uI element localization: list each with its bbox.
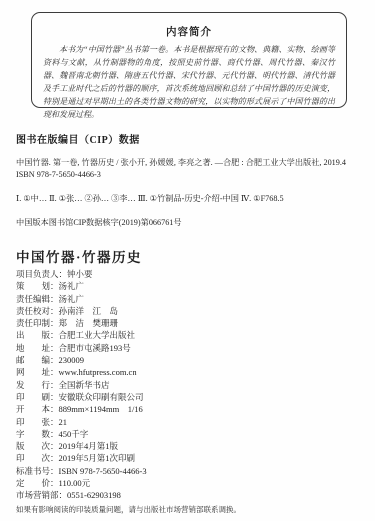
cip-record-line: 中国竹器. 第一卷, 竹器历史 / 张小开, 孙媛媛, 李亮之著. —合肥 : …: [16, 157, 346, 168]
colophon-row: 邮 编：230009: [16, 354, 147, 366]
colophon-label: 邮 编：: [16, 355, 59, 365]
colophon-row: 字 数：450千字: [16, 428, 147, 440]
colophon-row: 责任编辑：汤礼广: [16, 293, 147, 305]
colophon-label: 开 本：: [16, 404, 59, 414]
colophon-row: 发 行：全国新华书店: [16, 379, 147, 391]
colophon-label: 印 刷：: [16, 392, 59, 402]
colophon-value: 郑 洁 樊珊珊: [59, 318, 119, 328]
colophon-row: 项目负责人：钟小要: [16, 268, 147, 280]
colophon-row: 版 次：2019年4月第1版: [16, 440, 147, 452]
colophon-value: 2019年5月第1次印刷: [59, 453, 136, 463]
colophon-value: www.hfutpress.com.cn: [59, 367, 137, 377]
colophon-label: 字 数：: [16, 429, 59, 439]
colophon-value: 汤礼广: [59, 281, 85, 291]
footer-quality-note: 如果有影响阅读的印装质量问题，请与出版社市场营销部联系调换。: [16, 504, 241, 515]
colophon-label: 版 次：: [16, 441, 59, 451]
colophon-value: 汤礼广: [59, 294, 85, 304]
colophon-label: 责任印制：: [16, 318, 59, 328]
colophon-value: 安徽联众印刷有限公司: [59, 392, 144, 402]
colophon-value: 0551-62903198: [67, 490, 121, 500]
content-summary-box: 内容简介 本书为“中国竹器”丛书第一卷。本书是根据现有的文物、典籍、实物、绘画等…: [31, 12, 347, 108]
colophon-row: 责任印制：郑 洁 樊珊珊: [16, 317, 147, 329]
colophon-label: 市场营销部：: [16, 490, 67, 500]
colophon-value: 889mm×1194mm 1/16: [59, 404, 143, 414]
cip-heading: 图书在版编目（CIP）数据: [16, 131, 140, 146]
content-summary-text: 本书为“中国竹器”丛书第一卷。本书是根据现有的文物、典籍、实物、绘画等资料与文献…: [43, 43, 335, 121]
colophon-value: 2019年4月第1版: [59, 441, 119, 451]
cip-classification-line: Ⅰ. ①中… Ⅱ. ①张… ②孙… ③李… Ⅲ. ①竹制品-历史-介绍-中国 Ⅳ…: [16, 193, 284, 204]
colophon-label: 责任校对：: [16, 306, 59, 316]
copyright-page: 内容简介 本书为“中国竹器”丛书第一卷。本书是根据现有的文物、典籍、实物、绘画等…: [0, 0, 375, 521]
colophon-row: 出 版：合肥工业大学出版社: [16, 329, 147, 341]
colophon-value: 孙南洋 江 岛: [59, 306, 119, 316]
colophon-row: 开 本：889mm×1194mm 1/16: [16, 403, 147, 415]
colophon-row: 市场营销部：0551-62903198: [16, 489, 147, 501]
content-summary-title: 内容简介: [43, 24, 335, 39]
colophon-label: 责任编辑：: [16, 294, 59, 304]
colophon-row: 网 址：www.hfutpress.com.cn: [16, 366, 147, 378]
colophon-value: 450千字: [59, 429, 89, 439]
colophon-value: 合肥市屯溪路193号: [59, 343, 131, 353]
colophon-value: ISBN 978-7-5650-4466-3: [59, 466, 147, 476]
colophon-label: 发 行：: [16, 380, 59, 390]
colophon-value: 110.00元: [59, 478, 91, 488]
colophon-value: 合肥工业大学出版社: [59, 330, 136, 340]
colophon-row: 印 张：21: [16, 416, 147, 428]
colophon-value: 全国新华书店: [59, 380, 110, 390]
cip-registration-line: 中国版本图书馆CIP数据核字(2019)第066761号: [16, 217, 182, 228]
colophon-row: 责任校对：孙南洋 江 岛: [16, 305, 147, 317]
cip-isbn-line: ISBN 978-7-5650-4466-3: [16, 170, 101, 179]
colophon-row: 定 价：110.00元: [16, 477, 147, 489]
book-title: 中国竹器·竹器历史: [16, 246, 142, 266]
colophon-row: 印 刷：安徽联众印刷有限公司: [16, 391, 147, 403]
colophon-value: 230009: [59, 355, 85, 365]
colophon-row: 策 划：汤礼广: [16, 280, 147, 292]
colophon-row: 印 次：2019年5月第1次印刷: [16, 452, 147, 464]
colophon-label: 地 址：: [16, 343, 59, 353]
colophon-row: 地 址：合肥市屯溪路193号: [16, 342, 147, 354]
colophon-list: 项目负责人：钟小要策 划：汤礼广责任编辑：汤礼广责任校对：孙南洋 江 岛责任印制…: [16, 268, 147, 502]
colophon-label: 网 址：: [16, 367, 59, 377]
colophon-label: 标准书号：: [16, 466, 59, 476]
colophon-label: 定 价：: [16, 478, 59, 488]
colophon-label: 项目负责人：: [16, 269, 67, 279]
colophon-label: 印 次：: [16, 453, 59, 463]
colophon-label: 印 张：: [16, 417, 59, 427]
colophon-value: 21: [59, 417, 68, 427]
colophon-row: 标准书号：ISBN 978-7-5650-4466-3: [16, 465, 147, 477]
colophon-value: 钟小要: [67, 269, 93, 279]
colophon-label: 策 划：: [16, 281, 59, 291]
colophon-label: 出 版：: [16, 330, 59, 340]
